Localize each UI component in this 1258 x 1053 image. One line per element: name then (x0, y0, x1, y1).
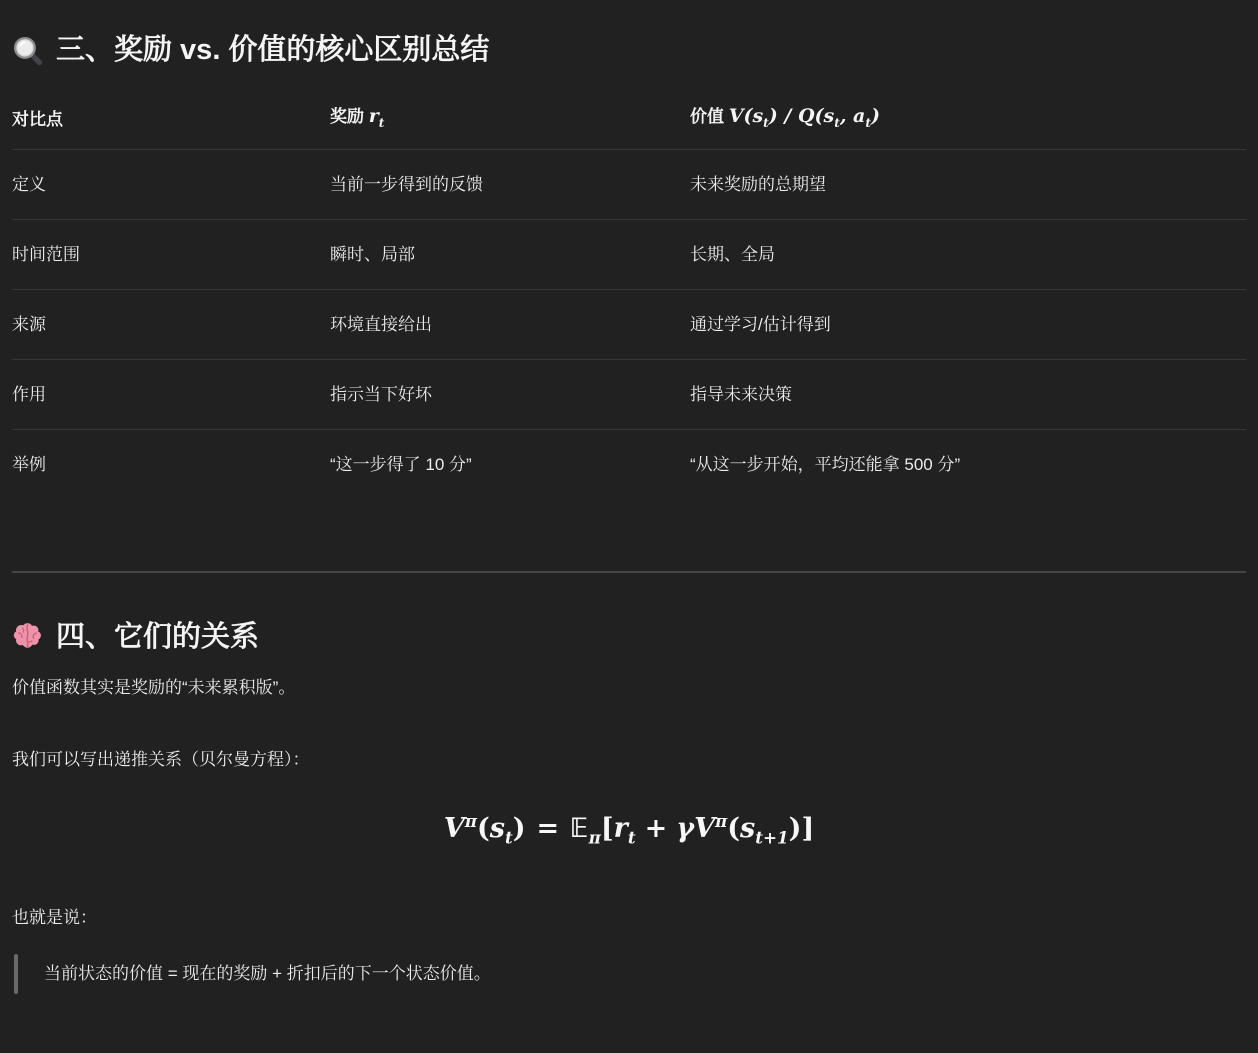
cell-aspect: 时间范围 (12, 219, 330, 289)
cell-reward: 环境直接给出 (330, 289, 690, 359)
paragraph-recursion: 我们可以写出递推关系（贝尔曼方程）： (12, 747, 1246, 773)
section-3-title: 三、奖励 vs. 价值的核心区别总结 (56, 30, 489, 70)
col-header-value: 价值 V(st) / Q(st, at) (690, 90, 1246, 149)
reward-math: rt (369, 105, 385, 127)
section-3-heading: 三、奖励 vs. 价值的核心区别总结 (12, 30, 1246, 70)
cell-value: 通过学习/估计得到 (690, 289, 1246, 359)
blockquote-text: 当前状态的价值 = 现在的奖励 + 折扣后的下一个状态价值。 (44, 961, 1246, 987)
cell-value: “从这一步开始，平均还能拿 500 分” (690, 429, 1246, 499)
cell-reward: “这一步得了 10 分” (330, 429, 690, 499)
bellman-equation: Vπ(st)=𝔼π[rt+γVπ(st+1)] (12, 795, 1246, 863)
table-row: 作用 指示当下好坏 指导未来决策 (12, 359, 1246, 429)
col-header-compare-point: 对比点 (12, 90, 330, 149)
table-header-row: 对比点 奖励 rt 价值 V(st) / Q(st, at) (12, 90, 1246, 149)
cell-value: 指导未来决策 (690, 359, 1246, 429)
col-header-reward: 奖励 rt (330, 90, 690, 149)
section-divider (12, 571, 1246, 573)
cell-reward: 指示当下好坏 (330, 359, 690, 429)
section-4-title: 四、它们的关系 (56, 617, 259, 657)
paragraph-value-def: 价值函数其实是奖励的“未来累积版”。 (12, 675, 1246, 701)
cell-aspect: 作用 (12, 359, 330, 429)
document-page: 三、奖励 vs. 价值的核心区别总结 对比点 奖励 rt 价值 V(st) / … (0, 0, 1258, 1053)
cell-reward: 瞬时、局部 (330, 219, 690, 289)
paragraph-that-is: 也就是说： (12, 905, 1246, 931)
brain-icon (12, 621, 43, 652)
section-4-heading: 四、它们的关系 (12, 617, 1246, 657)
cell-value: 长期、全局 (690, 219, 1246, 289)
table-row: 举例 “这一步得了 10 分” “从这一步开始，平均还能拿 500 分” (12, 429, 1246, 499)
expectation-symbol: 𝔼 (570, 813, 589, 844)
magnifier-icon (12, 35, 43, 66)
cell-aspect: 定义 (12, 149, 330, 219)
value-math: V(st) / Q(st, at) (729, 105, 880, 127)
table-row: 时间范围 瞬时、局部 长期、全局 (12, 219, 1246, 289)
table-row: 定义 当前一步得到的反馈 未来奖励的总期望 (12, 149, 1246, 219)
table-row: 来源 环境直接给出 通过学习/估计得到 (12, 289, 1246, 359)
cell-reward: 当前一步得到的反馈 (330, 149, 690, 219)
cell-value: 未来奖励的总期望 (690, 149, 1246, 219)
blockquote: 当前状态的价值 = 现在的奖励 + 折扣后的下一个状态价值。 (14, 951, 1246, 997)
cell-aspect: 来源 (12, 289, 330, 359)
comparison-table: 对比点 奖励 rt 价值 V(st) / Q(st, at) 定义 当前一步得到… (12, 90, 1246, 499)
cell-aspect: 举例 (12, 429, 330, 499)
